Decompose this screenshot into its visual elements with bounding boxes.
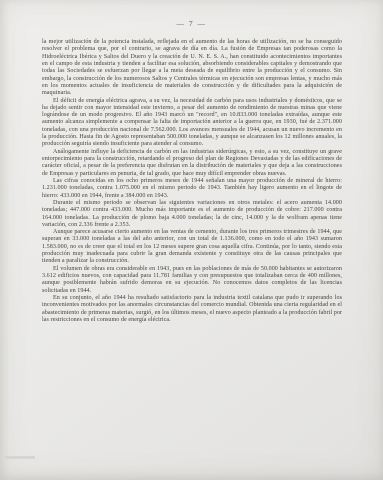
scanned-document-page: — 7 — la mejor utilización de la potenci…	[0, 0, 383, 480]
paragraph: Las cifras conocidas en los ocho primero…	[42, 178, 342, 200]
paragraph: En su conjunto, el año 1944 ha resultado…	[42, 295, 342, 324]
paragraph: Análogamente influye la deficiencia de c…	[42, 149, 342, 178]
body-text: la mejor utilización de la potencia inst…	[42, 39, 342, 324]
page-number: — 7 —	[0, 19, 383, 28]
paragraph: Aunque parece acusarse cierto aumento en…	[42, 229, 342, 266]
paragraph: El déficit de energía eléctrica agrava, …	[42, 98, 342, 149]
faint-corner-mark	[5, 456, 35, 459]
paragraph: la mejor utilización de la potencia inst…	[42, 39, 342, 98]
paragraph: Durante el mismo periodo se observan las…	[42, 200, 342, 229]
paragraph: El volumen de obras era considerable en …	[42, 266, 342, 295]
